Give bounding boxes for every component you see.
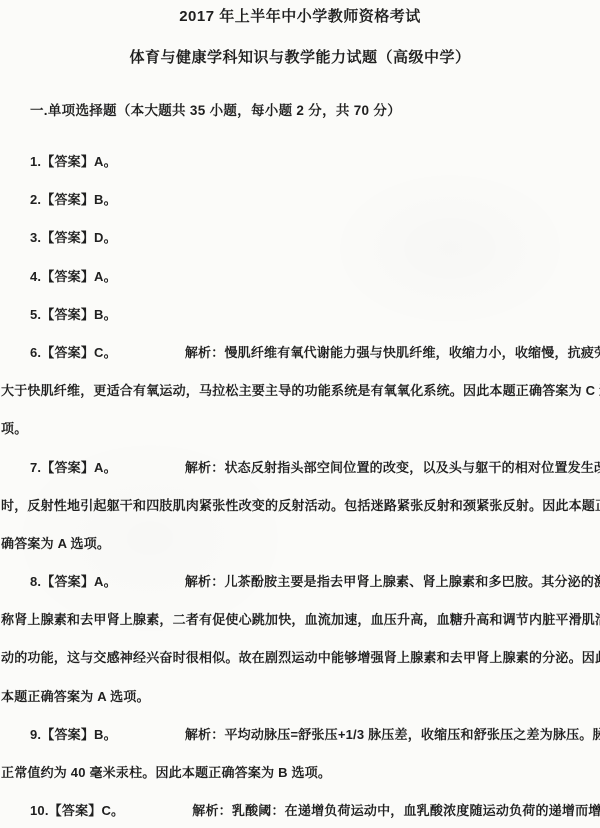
- explanation-line: 正常值约为 40 毫米汞柱。因此本题正确答案为 B 选项。: [0, 754, 600, 792]
- answers-list: 1.【答案】A。 2.【答案】B。 3.【答案】D。 4.【答案】A。 5.【答…: [0, 143, 600, 828]
- label-gap: [117, 563, 185, 601]
- answer-label: 8.【答案】A。: [30, 563, 117, 601]
- answer-item-10: 10.【答案】C。 解析：乳酸阈：在递增负荷运动中，血乳酸浓度随运动负荷的递增而…: [0, 792, 600, 828]
- answer-label: 2.【答案】B。: [30, 192, 117, 207]
- answer-item-6: 6.【答案】C。 解析：慢肌纤维有氧代谢能力强与快肌纤维，收缩力小，收缩慢，抗疲…: [0, 334, 600, 372]
- answer-label: 1.【答案】A。: [30, 154, 117, 169]
- answer-label: 5.【答案】B。: [30, 307, 117, 322]
- answer-label: 9.【答案】B。: [30, 716, 117, 754]
- explanation-line: 本题正确答案为 A 选项。: [0, 678, 600, 716]
- explanation-line: 确答案为 A 选项。: [0, 525, 600, 563]
- explanation-line: 时，反射性地引起躯干和四肢肌肉紧张性改变的反射活动。包括迷路紧张反射和颈紧张反射…: [0, 487, 600, 525]
- label-gap: [124, 792, 192, 828]
- document-title-line1: 2017 年上半年中小学教师资格考试: [0, 8, 600, 25]
- explanation-line: 动的功能，这与交感神经兴奋时很相似。故在剧烈运动中能够增强肾上腺素和去甲肾上腺素…: [0, 639, 600, 677]
- explanation-line: 大于快肌纤维，更适合有氧运动，马拉松主要主导的功能系统是有氧氧化系统。因此本题正…: [0, 372, 600, 410]
- answer-item-5: 5.【答案】B。: [0, 296, 600, 334]
- explanation-first-line: 解析：平均动脉压=舒张压+1/3 脉压差，收缩压和舒张压之差为脉压。脉压: [185, 716, 600, 754]
- answer-item-7: 7.【答案】A。 解析：状态反射指头部空间位置的改变，以及头与躯干的相对位置发生…: [0, 449, 600, 487]
- explanation-line: 称肾上腺素和去甲肾上腺素，二者有促使心跳加快，血流加速，血压升高，血糖升高和调节…: [0, 601, 600, 639]
- explanation-line: 项。: [0, 410, 600, 448]
- answer-item-2: 2.【答案】B。: [0, 181, 600, 219]
- answer-label: 7.【答案】A。: [30, 449, 117, 487]
- answer-label: 6.【答案】C。: [30, 334, 117, 372]
- explanation-first-line: 解析：儿茶酚胺主要是指去甲肾上腺素、肾上腺素和多巴胺。其分泌的激素: [185, 563, 600, 601]
- answer-item-8: 8.【答案】A。 解析：儿茶酚胺主要是指去甲肾上腺素、肾上腺素和多巴胺。其分泌的…: [0, 563, 600, 601]
- answer-label: 4.【答案】A。: [30, 269, 117, 284]
- answer-label: 3.【答案】D。: [30, 230, 117, 245]
- label-gap: [117, 334, 185, 372]
- answer-item-4: 4.【答案】A。: [0, 258, 600, 296]
- answer-item-1: 1.【答案】A。: [0, 143, 600, 181]
- document-title-line2: 体育与健康学科知识与教学能力试题（高级中学）: [0, 49, 600, 66]
- section-heading: 一.单项选择题（本大题共 35 小题，每小题 2 分，共 70 分）: [30, 102, 600, 119]
- explanation-first-line: 解析：状态反射指头部空间位置的改变，以及头与躯干的相对位置发生改变: [185, 449, 600, 487]
- explanation-first-line: 解析：乳酸阈：在递增负荷运动中，血乳酸浓度随运动负荷的递增而增加，: [192, 792, 600, 828]
- answer-label: 10.【答案】C。: [30, 792, 124, 828]
- label-gap: [117, 449, 185, 487]
- label-gap: [117, 716, 185, 754]
- answer-item-9: 9.【答案】B。 解析：平均动脉压=舒张压+1/3 脉压差，收缩压和舒张压之差为…: [0, 716, 600, 754]
- answer-item-3: 3.【答案】D。: [0, 219, 600, 257]
- explanation-first-line: 解析：慢肌纤维有氧代谢能力强与快肌纤维，收缩力小，收缩慢，抗疲劳能力: [185, 334, 600, 372]
- exam-answer-document: 2017 年上半年中小学教师资格考试 体育与健康学科知识与教学能力试题（高级中学…: [0, 0, 600, 828]
